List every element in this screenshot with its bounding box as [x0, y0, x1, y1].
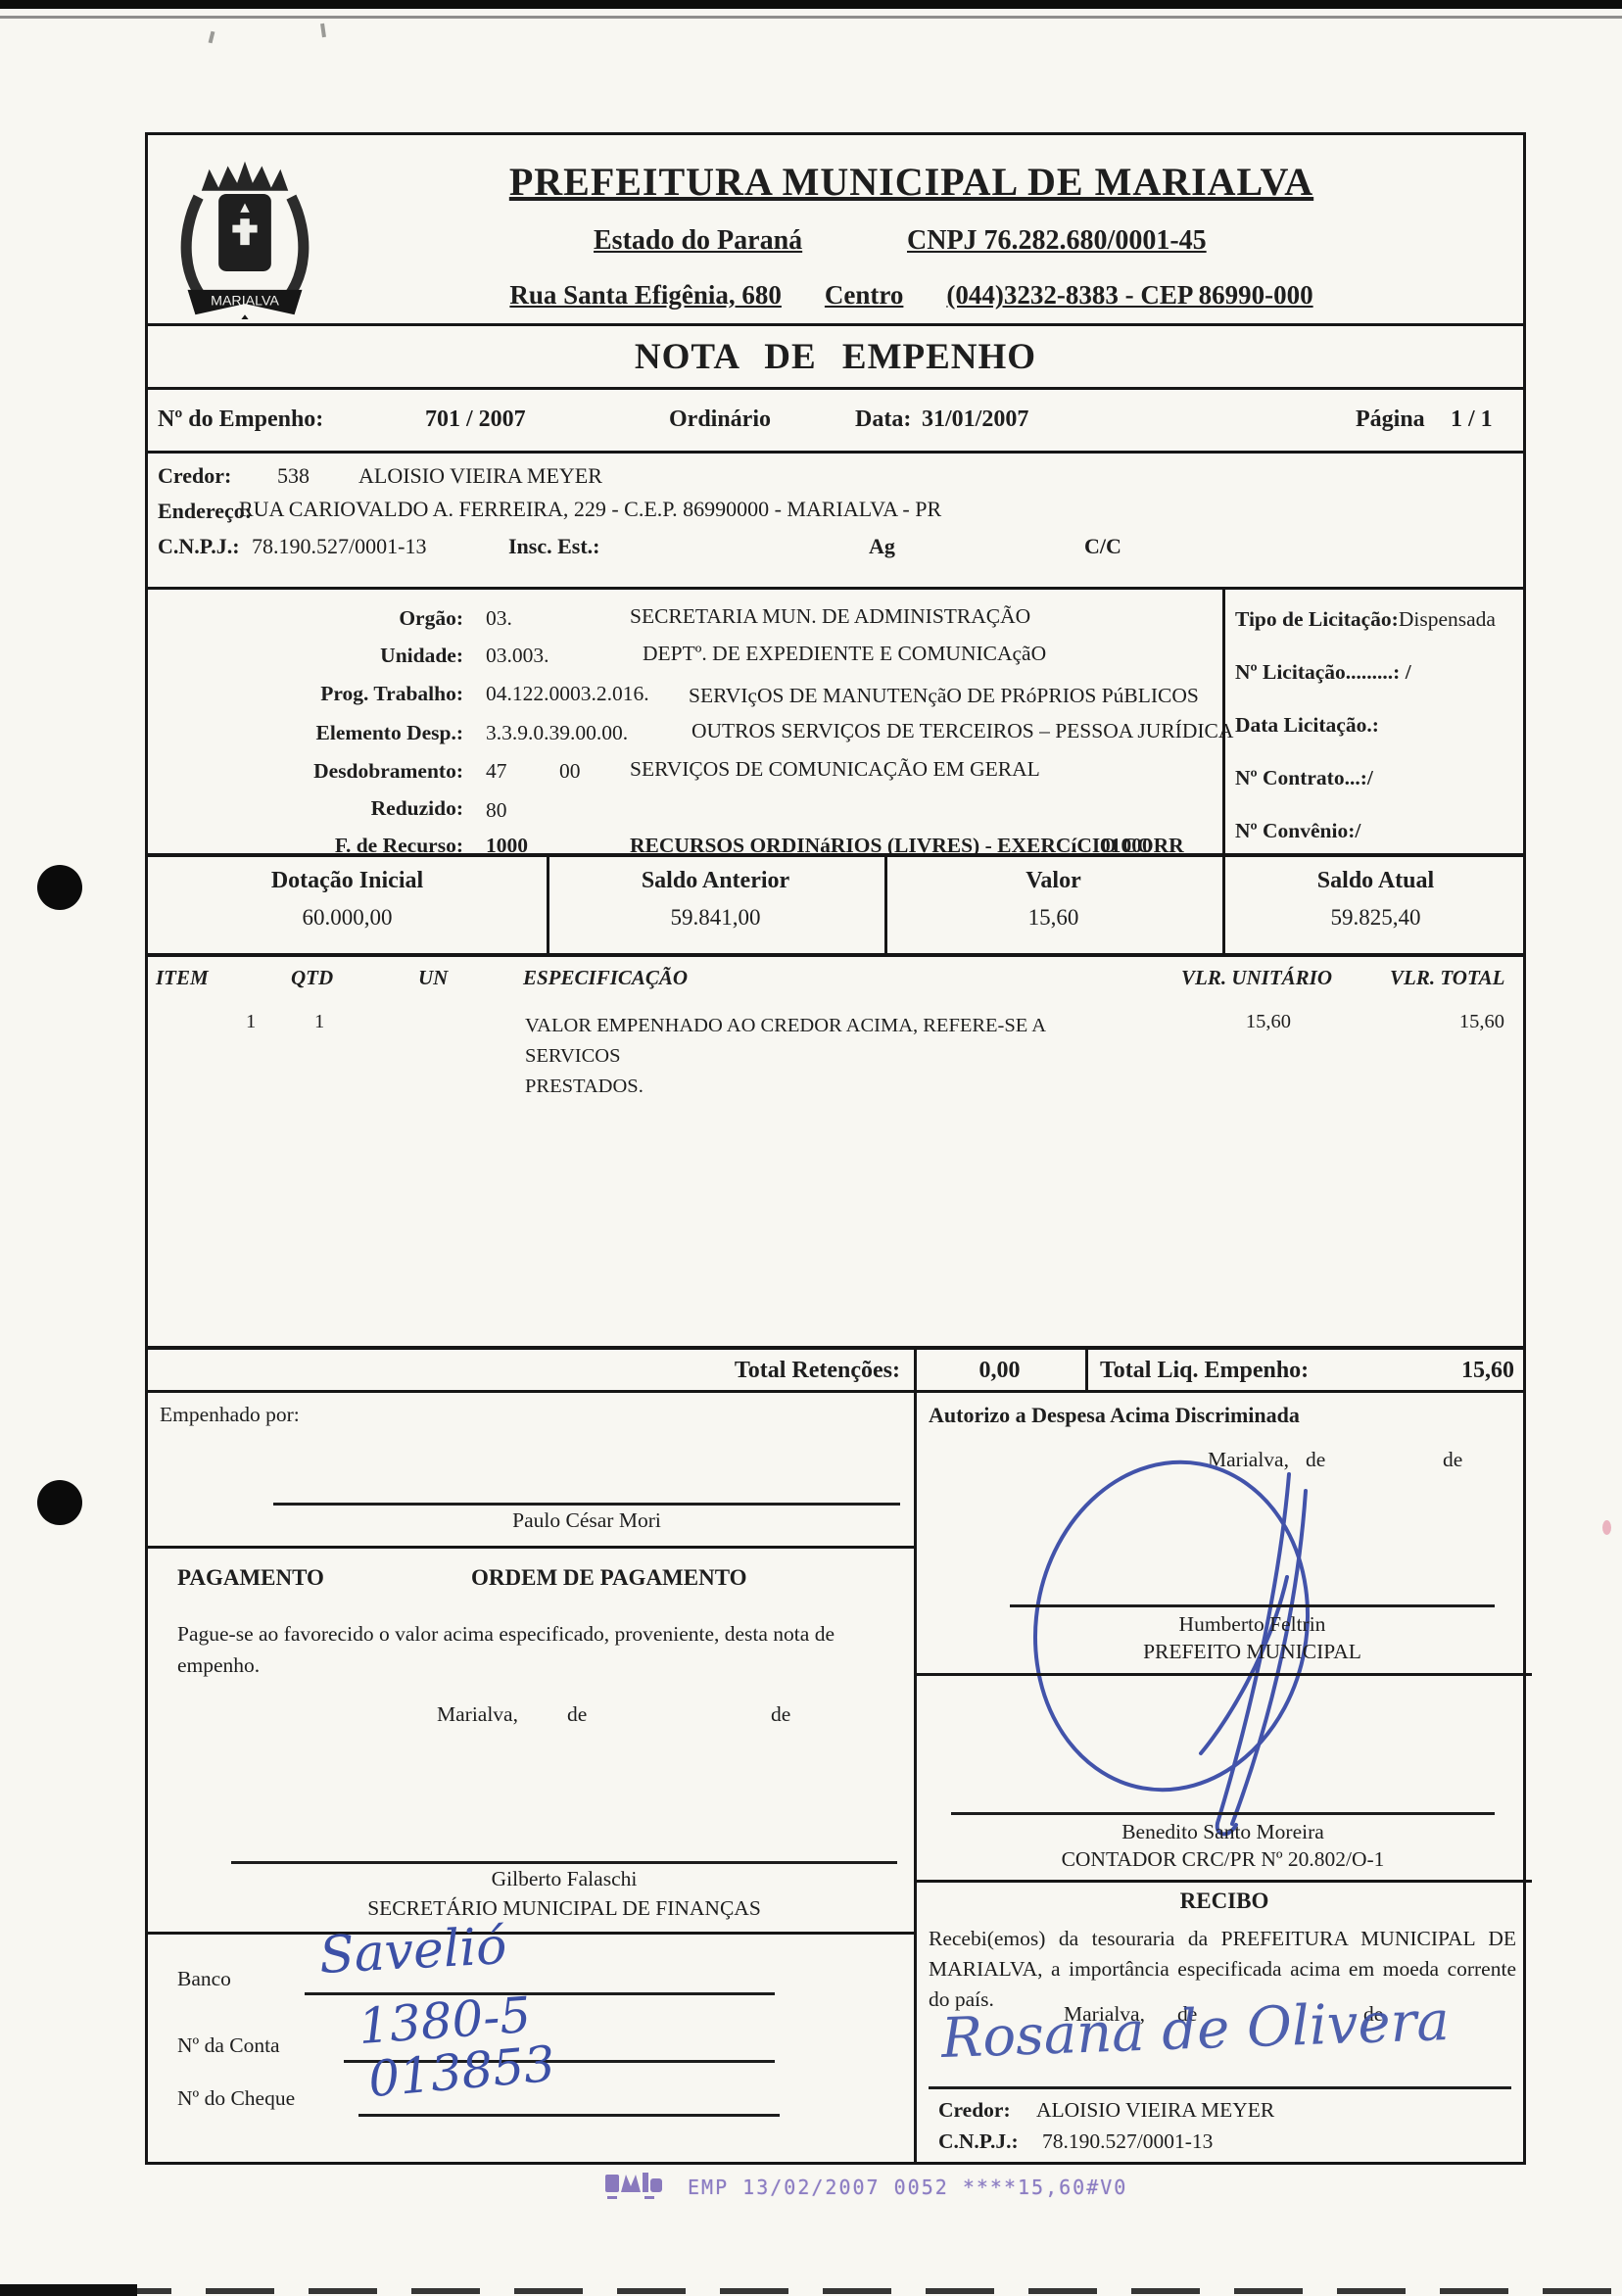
pagamento-label: PAGAMENTO	[177, 1565, 324, 1591]
dotacao-inicial-value: 60.000,00	[148, 905, 547, 931]
total-liq-label: Total Liq. Empenho:	[1100, 1358, 1309, 1384]
empenho-date: 31/01/2007	[922, 407, 1028, 433]
footer-box: Empenhado por: Paulo César Mori PAGAMENT…	[145, 1390, 1526, 2165]
logo-banner-text: MARIALVA	[211, 294, 279, 310]
state-label: Estado do Paraná	[594, 225, 802, 257]
recibo-signature-line	[929, 2086, 1511, 2089]
desdobramento-code2: 00	[559, 759, 581, 784]
item-vlr-total: 15,60	[1395, 1011, 1504, 1033]
hole-punch-mark	[37, 1480, 82, 1525]
coat-of-arms-icon: MARIALVA	[167, 157, 322, 319]
totals-divider-2	[1085, 1350, 1088, 1390]
banco-handwritten-value: Savelió	[318, 1917, 508, 1985]
endereco-value: RUA CARIOVALDO A. FERREIRA, 229 - C.E.P.…	[239, 497, 941, 522]
footer-left-divider-2	[148, 1932, 916, 1935]
scan-top-edge-line	[0, 16, 1622, 19]
scan-top-edge	[0, 0, 1622, 9]
pagamento-de1: de	[567, 1702, 587, 1727]
address-district: Centro	[825, 280, 904, 311]
unidade-label: Unidade:	[207, 644, 463, 668]
empenho-number-label: Nº do Empenho:	[158, 407, 323, 433]
coat-of-arms-logo: MARIALVA	[167, 157, 322, 319]
contador-role: CONTADOR CRC/PR Nº 20.802/O-1	[951, 1847, 1495, 1872]
col-un: UN	[418, 966, 448, 990]
valor-label: Valor	[884, 868, 1222, 894]
validation-stamp: EMP 13/02/2007 0052 ****15,60#V0	[605, 2171, 1127, 2204]
scan-bottom-edge	[0, 2288, 1622, 2294]
saldo-anterior-value: 59.841,00	[547, 905, 884, 931]
cnpj-label: C.N.P.J.:	[158, 534, 240, 559]
empenho-number: 701 / 2007	[425, 407, 526, 433]
item-espec: VALOR EMPENHADO AO CREDOR ACIMA, REFERE-…	[525, 1011, 1093, 1101]
num-convenio: Nº Convênio:/	[1235, 819, 1360, 843]
col-especificacao: ESPECIFICAÇÃO	[523, 966, 688, 990]
empenhado-signature-line	[273, 1503, 900, 1506]
totals-box: Total Retenções: 0,00 Total Liq. Empenho…	[145, 1347, 1526, 1393]
conta-label: Nº da Conta	[177, 2033, 280, 2058]
total-liq-value: 15,60	[1367, 1358, 1514, 1384]
item-espec-line1: VALOR EMPENHADO AO CREDOR ACIMA, REFERE-…	[525, 1011, 1093, 1072]
item-number: 1	[246, 1011, 256, 1033]
doc-title: NOTA DE EMPENHO	[148, 336, 1523, 378]
header-box: MARIALVA PREFEITURA MUNICIPAL DE MARIALV…	[145, 132, 1526, 326]
autorizo-label: Autorizo a Despesa Acima Discriminada	[929, 1403, 1300, 1428]
secretario-role: SECRETÁRIO MUNICIPAL DE FINANÇAS	[231, 1896, 897, 1921]
scan-speck	[320, 24, 326, 37]
empenho-type: Ordinário	[669, 407, 771, 433]
saldos-box: Dotação Inicial 60.000,00 Saldo Anterior…	[145, 853, 1526, 957]
empenhado-name: Paulo César Mori	[273, 1508, 900, 1533]
banco-label: Banco	[177, 1967, 231, 1991]
credor-name: ALOISIO VIEIRA MEYER	[358, 463, 602, 489]
pagamento-de2: de	[771, 1702, 790, 1727]
ordem-pagamento-label: ORDEM DE PAGAMENTO	[471, 1565, 747, 1591]
prefeito-signature-line	[1010, 1604, 1495, 1607]
endereco-label: Endereço:	[158, 499, 252, 524]
scanned-nota-de-empenho: MARIALVA PREFEITURA MUNICIPAL DE MARIALV…	[0, 0, 1622, 2296]
tipo-licitacao-value: Dispensada	[1399, 607, 1496, 631]
insc-est-label: Insc. Est.:	[508, 534, 600, 559]
col-qtd: QTD	[291, 966, 333, 990]
secretario-name: Gilberto Falaschi	[231, 1867, 897, 1891]
desdobramento-code: 47	[486, 759, 507, 784]
unidade-desc: DEPTº. DE EXPEDIENTE E COMUNICAçãO	[643, 642, 1046, 666]
total-retencoes-value: 0,00	[914, 1358, 1085, 1384]
hole-punch-mark	[37, 865, 82, 910]
cheque-line	[358, 2114, 780, 2117]
valor-value: 15,60	[884, 905, 1222, 931]
tipo-licitacao: Tipo de Licitação:Dispensada	[1235, 607, 1496, 632]
col-vlr-unitario: VLR. UNITÁRIO	[1181, 966, 1332, 990]
unidade-code: 03.003.	[486, 644, 549, 668]
contador-signature-line	[951, 1812, 1495, 1815]
desdobramento-label: Desdobramento:	[207, 759, 463, 784]
elemento-label: Elemento Desp.:	[207, 721, 463, 745]
total-retencoes-label: Total Retenções:	[530, 1358, 900, 1384]
item-vlr-unitario: 15,60	[1181, 1011, 1291, 1033]
recibo-credor-name: ALOISIO VIEIRA MEYER	[1036, 2098, 1274, 2123]
prefeito-name: Humberto Feltrin	[1010, 1612, 1495, 1637]
footer-right-column: Autorizo a Despesa Acima Discriminada Ma…	[914, 1393, 1532, 2162]
stamp-text: EMP 13/02/2007 0052 ****15,60#V0	[688, 2176, 1127, 2199]
pagamento-city: Marialva,	[437, 1702, 518, 1727]
cnpj-header: CNPJ 76.282.680/0001-45	[907, 225, 1207, 257]
address-line: Rua Santa Efigênia, 680 Centro (044)3232…	[310, 280, 1513, 311]
credor-code: 538	[277, 463, 310, 489]
recibo-credor-label: Credor:	[938, 2098, 1011, 2123]
licitacao-divider	[1222, 590, 1225, 854]
banco-line	[305, 1992, 775, 1995]
num-licitacao: Nº Licitação.........: /	[1235, 660, 1411, 685]
footer-right-divider-1	[917, 1673, 1532, 1676]
recibo-cnpj-value: 78.190.527/0001-13	[1042, 2129, 1213, 2154]
pague-se-text: Pague-se ao favorecido o valor acima esp…	[177, 1618, 853, 1682]
reduzido-label: Reduzido:	[207, 796, 463, 821]
orgao-desc: SECRETARIA MUN. DE ADMINISTRAÇÃO	[630, 604, 1030, 629]
orgao-code: 03.	[486, 606, 512, 631]
scan-bottom-corner	[0, 2284, 137, 2296]
footer-left-divider-1	[148, 1546, 916, 1549]
address-phone-cep: (044)3232-8383 - CEP 86990-000	[946, 280, 1312, 311]
elemento-code: 3.3.9.0.39.00.00.	[486, 721, 628, 745]
ag-label: Ag	[869, 534, 895, 559]
creditor-box: Credor: 538 ALOISIO VIEIRA MEYER Endereç…	[145, 451, 1526, 590]
page-number: 1 / 1	[1451, 407, 1493, 433]
desdobramento-desc: SERVIÇOS DE COMUNICAÇÃO EM GERAL	[630, 757, 1040, 782]
stamp-logo-mark	[605, 2171, 662, 2204]
recibo-title: RECIBO	[917, 1889, 1532, 1914]
scan-pink-mark	[1602, 1520, 1611, 1535]
item-espec-line2: PRESTADOS.	[525, 1072, 1093, 1102]
prog-trabalho-desc: SERVIçOS DE MANUTENçãO DE PRóPRIOS PúBLI…	[689, 684, 1199, 708]
num-contrato: Nº Contrato...:/	[1235, 766, 1373, 790]
recibo-cnpj-label: C.N.P.J.:	[938, 2129, 1019, 2154]
cnpj-value: 78.190.527/0001-13	[252, 534, 426, 559]
empenho-date-label: Data:	[855, 407, 911, 433]
prefeito-role: PREFEITO MUNICIPAL	[1010, 1640, 1495, 1664]
reduzido-code: 80	[486, 798, 507, 823]
data-licitacao: Data Licitação.:	[1235, 713, 1379, 738]
secretario-signature-line	[231, 1861, 897, 1864]
page-label: Página	[1356, 407, 1425, 433]
empenho-info-box: Nº do Empenho: 701 / 2007 Ordinário Data…	[145, 387, 1526, 454]
elemento-desc: OUTROS SERVIÇOS DE TERCEIROS – PESSOA JU…	[692, 719, 1233, 743]
item-qtd: 1	[314, 1011, 324, 1033]
doc-title-box: NOTA DE EMPENHO	[145, 323, 1526, 390]
scan-speck	[209, 31, 215, 44]
items-box: ITEM QTD UN ESPECIFICAÇÃO VLR. UNITÁRIO …	[145, 953, 1526, 1349]
orgao-label: Orgão:	[207, 606, 463, 631]
footer-right-divider-2	[917, 1880, 1532, 1883]
address-street: Rua Santa Efigênia, 680	[509, 280, 782, 311]
dotacao-inicial-label: Dotação Inicial	[148, 868, 547, 894]
contador-name: Benedito Santo Moreira	[951, 1820, 1495, 1844]
col-item: ITEM	[156, 966, 209, 990]
prog-trabalho-label: Prog. Trabalho:	[207, 682, 463, 706]
empenhado-por-label: Empenhado por:	[160, 1403, 300, 1427]
saldo-anterior-label: Saldo Anterior	[547, 868, 884, 894]
credor-label: Credor:	[158, 463, 231, 489]
budget-box: Orgão: 03. SECRETARIA MUN. DE ADMINISTRA…	[145, 587, 1526, 857]
municipality-title: PREFEITURA MUNICIPAL DE MARIALVA	[310, 159, 1513, 205]
tipo-licitacao-label: Tipo de Licitação:	[1235, 607, 1399, 631]
col-vlr-total: VLR. TOTAL	[1390, 966, 1504, 990]
cheque-label: Nº do Cheque	[177, 2086, 295, 2111]
prog-trabalho-code: 04.122.0003.2.016.	[486, 682, 649, 706]
saldo-atual-label: Saldo Atual	[1222, 868, 1529, 894]
cc-label: C/C	[1084, 534, 1121, 559]
saldo-atual-value: 59.825,40	[1222, 905, 1529, 931]
